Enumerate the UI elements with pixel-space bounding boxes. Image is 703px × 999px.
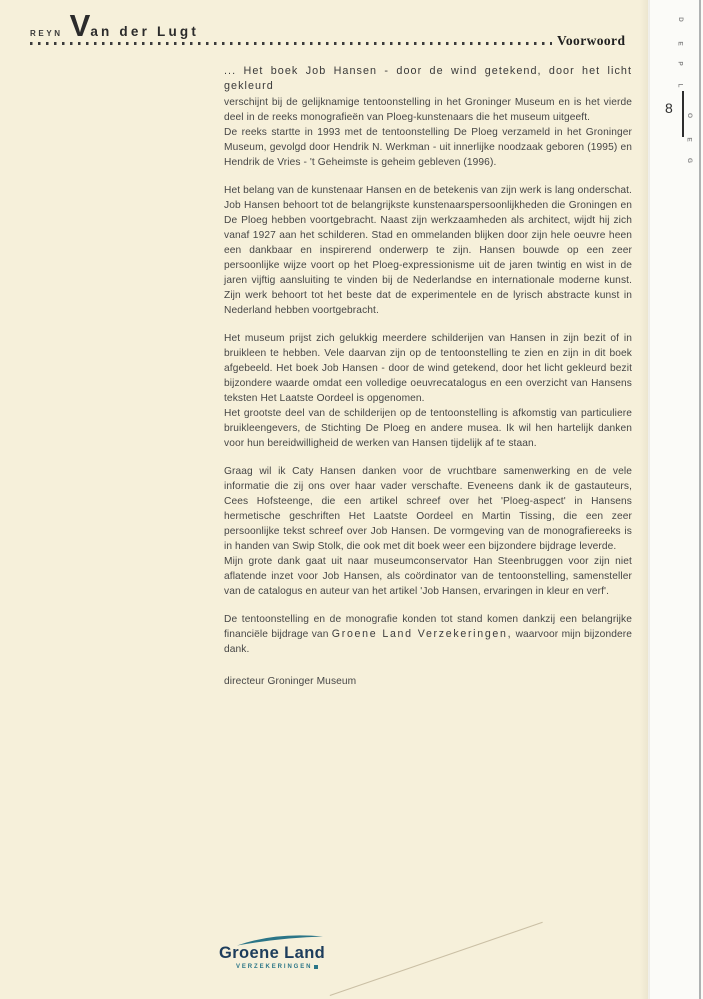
page-number: 8 [665,100,673,116]
fore-edge-letter: G [686,158,693,163]
paragraph-intro: ... Het boek Job Hansen - door de wind g… [224,64,632,170]
fore-edge-letter: L [676,84,683,88]
paragraph-intro-text: verschijnt bij de gelijknamige tentoonst… [224,95,632,125]
groene-land-logo: Groene Land VERZEKERINGEN [219,933,349,970]
fore-edge-letter: P [677,61,684,65]
paragraph-collection: Het museum prijst zich gelukkig meerdere… [224,331,632,451]
author-initial: V [70,10,91,41]
page-edge-shadow [640,0,650,999]
paragraph-collection-a: Het museum prijst zich gelukkig meerdere… [224,331,632,406]
header-dotted-rule [30,42,552,45]
logo-subtitle-row: VERZEKERINGEN [236,964,349,970]
book-title-lead: ... Het boek Job Hansen - door de wind g… [224,64,632,94]
paragraph-artist-importance: Het belang van de kunstenaar Hansen en d… [224,183,632,318]
fore-edge-letter: E [677,41,684,45]
paragraph-acknowledgements-b: Mijn grote dank gaat uit naar museumcons… [224,554,632,599]
fore-edge-letter: D [677,17,684,22]
fore-edge-letter: O [686,113,693,118]
logo-square-icon [314,965,318,969]
page-number-rule [682,91,684,137]
paragraph-series-history: De reeks startte in 1993 met de tentoons… [224,125,632,170]
foreword-text: ... Het boek Job Hansen - door de wind g… [224,64,632,689]
fore-edge-letter: E [686,137,693,141]
paragraph-collection-b: Het grootste deel van de schilderijen op… [224,406,632,451]
paragraph-sponsor: De tentoonstelling en de monografie kond… [224,612,632,657]
author-first-name: REYN [30,29,63,38]
logo-subtitle-text: VERZEKERINGEN [236,964,312,970]
scan-edge-line [699,0,701,999]
author-last-name: an der Lugt [90,24,199,39]
logo-name: Groene Land [219,945,349,962]
paragraph-acknowledgements-a: Graag wil ik Caty Hansen danken voor de … [224,464,632,554]
paragraph-acknowledgements: Graag wil ik Caty Hansen danken voor de … [224,464,632,599]
signature-line: directeur Groninger Museum [224,674,632,689]
sponsor-name: Groene Land Verzekeringen, [332,628,512,640]
author-name: REYN V an der Lugt [30,10,199,41]
chapter-title: Voorwoord [557,33,625,49]
